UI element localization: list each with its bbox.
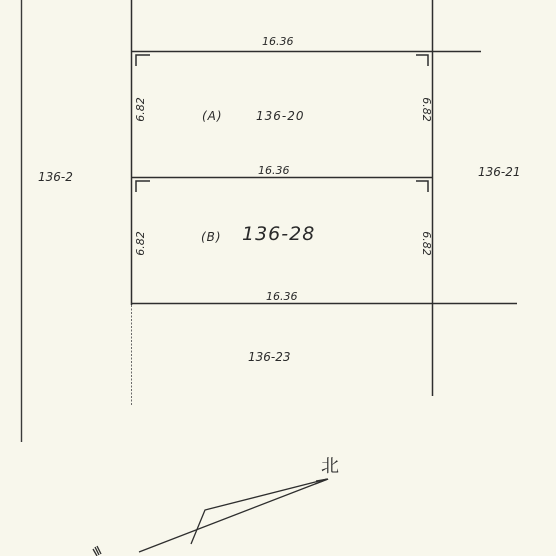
corner-marker-icon [416, 181, 428, 192]
north-label: 北 [321, 458, 339, 476]
lot-b-parcel-number: 136-28 [242, 225, 315, 244]
lot-a-top-width: 16.36 [262, 36, 294, 47]
lot-a-right-depth: 6.82 [421, 97, 432, 122]
lot-a-parcel-number: 136-20 [256, 110, 305, 122]
lot-a-bottom-width: 16.36 [258, 165, 290, 176]
corner-marker-icon [416, 55, 428, 66]
lot-lines [0, 0, 556, 556]
lot-b-bottom-width: 16.36 [266, 291, 298, 302]
lot-b-right-depth: 6.82 [421, 231, 432, 256]
lot-a-label: (A) [202, 110, 223, 122]
corner-marker-icon [136, 55, 150, 66]
west-neighbor-parcel: 136-2 [38, 171, 73, 183]
lot-b-left-depth: 6.82 [135, 231, 146, 256]
lot-a-left-depth: 6.82 [135, 97, 146, 122]
north-arrow-icon [93, 479, 328, 556]
corner-marker-icon [136, 181, 150, 192]
survey-drawing: 16.36 6.82 (A) 136-20 6.82 16.36 6.82 (B… [0, 0, 556, 556]
east-neighbor-parcel: 136-21 [478, 166, 521, 178]
lot-b-label: (B) [201, 231, 222, 243]
south-neighbor-parcel: 136-23 [248, 351, 291, 363]
